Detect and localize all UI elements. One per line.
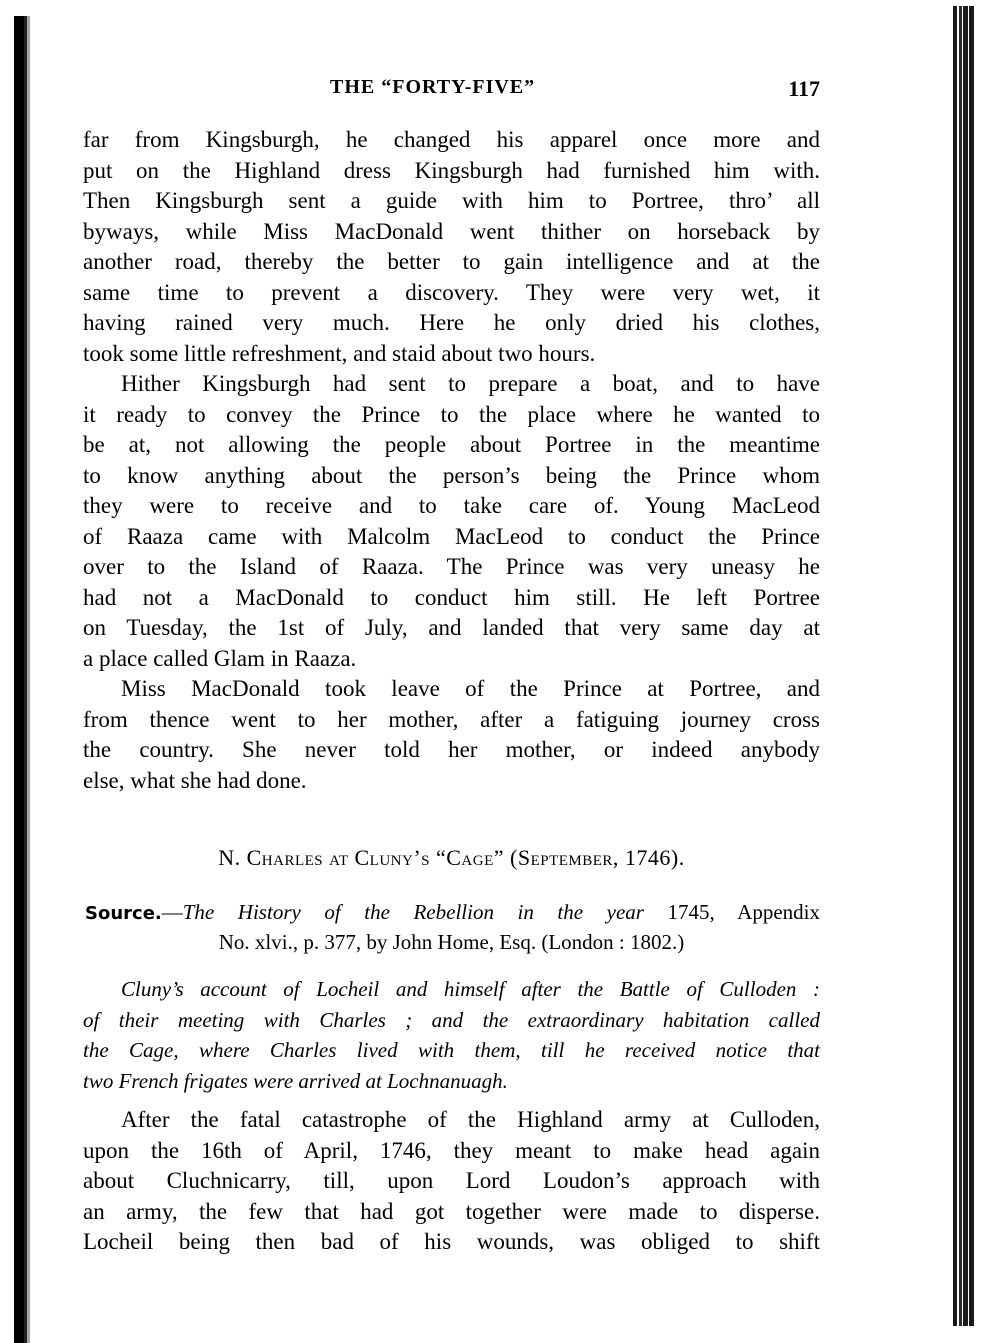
text-line: on Tuesday, the 1st of July, and landed …: [83, 613, 820, 644]
text-line: having rained very much. Here he only dr…: [83, 308, 820, 339]
text-line: After the fatal catastrophe of the Highl…: [83, 1105, 820, 1136]
text-line: same time to prevent a discovery. They w…: [83, 278, 820, 309]
text-line: an army, the few that had got together w…: [83, 1197, 820, 1228]
source-label-wrap: Source.—The History of the Rebellion in …: [83, 900, 820, 924]
text-line: about Cluchnicarry, till, upon Lord Loud…: [83, 1166, 820, 1197]
text-line: Then Kingsburgh sent a guide with him to…: [83, 186, 820, 217]
summary-line: Cluny’s account of Locheil and himself a…: [83, 974, 820, 1005]
source-year: 1745, Appendix: [644, 900, 820, 924]
section-summary: Cluny’s account of Locheil and himself a…: [83, 974, 820, 1096]
text-line: over to the Island of Raaza. The Prince …: [83, 552, 820, 583]
text-line: the country. She never told her mother, …: [83, 735, 820, 766]
text-line: of Raaza came with Malcolm MacLeod to co…: [83, 522, 820, 553]
text-line: far from Kingsburgh, he changed his appa…: [83, 125, 820, 156]
text-line: Hither Kingsburgh had sent to prepare a …: [83, 369, 820, 400]
text-line: a place called Glam in Raaza.: [83, 644, 820, 675]
text-line: put on the Highland dress Kingsburgh had…: [83, 156, 820, 187]
scan-page-edge-right: [950, 6, 980, 1326]
summary-line: of their meeting with Charles ; and the …: [83, 1005, 820, 1036]
source-dash: —: [162, 900, 183, 924]
source-line-1: Source.—The History of the Rebellion in …: [83, 897, 820, 927]
text-line: another road, thereby the better to gain…: [83, 247, 820, 278]
text-line: Locheil being then bad of his wounds, wa…: [83, 1227, 820, 1258]
source-label: Source.: [85, 903, 162, 924]
summary-line: the Cage, where Charles lived with them,…: [83, 1035, 820, 1066]
section-body: After the fatal catastrophe of the Highl…: [83, 1105, 820, 1258]
page-number: 117: [788, 76, 820, 102]
paragraph-1: far from Kingsburgh, he changed his appa…: [83, 125, 820, 369]
text-line: byways, while Miss MacDonald went thithe…: [83, 217, 820, 248]
text-line: took some little refreshment, and staid …: [83, 339, 820, 370]
source-line-2: No. xlvi., p. 377, by John Home, Esq. (L…: [83, 927, 820, 957]
summary-line: two French frigates were arrived at Loch…: [83, 1066, 820, 1097]
text-line: it ready to convey the Prince to the pla…: [83, 400, 820, 431]
running-head: THE “FORTY-FIVE” 117: [330, 76, 820, 108]
section-heading: N. Charles at Cluny’s “Cage” (September,…: [83, 845, 820, 871]
scan-binding-edge-left: [14, 16, 32, 1343]
running-title: THE “FORTY-FIVE”: [330, 76, 535, 99]
text-line: had not a MacDonald to conduct him still…: [83, 583, 820, 614]
text-line: from thence went to her mother, after a …: [83, 705, 820, 736]
paragraph-3: Miss MacDonald took leave of the Prince …: [83, 674, 820, 796]
text-line: upon the 16th of April, 1746, they meant…: [83, 1136, 820, 1167]
text-line: else, what she had done.: [83, 766, 820, 797]
text-line: be at, not allowing the people about Por…: [83, 430, 820, 461]
text-line: Miss MacDonald took leave of the Prince …: [83, 674, 820, 705]
source-citation: Source.—The History of the Rebellion in …: [83, 897, 820, 957]
paragraph-2: Hither Kingsburgh had sent to prepare a …: [83, 369, 820, 674]
source-title: The History of the Rebellion in the year: [183, 900, 644, 924]
text-line: to know anything about the person’s bein…: [83, 461, 820, 492]
text-line: they were to receive and to take care of…: [83, 491, 820, 522]
